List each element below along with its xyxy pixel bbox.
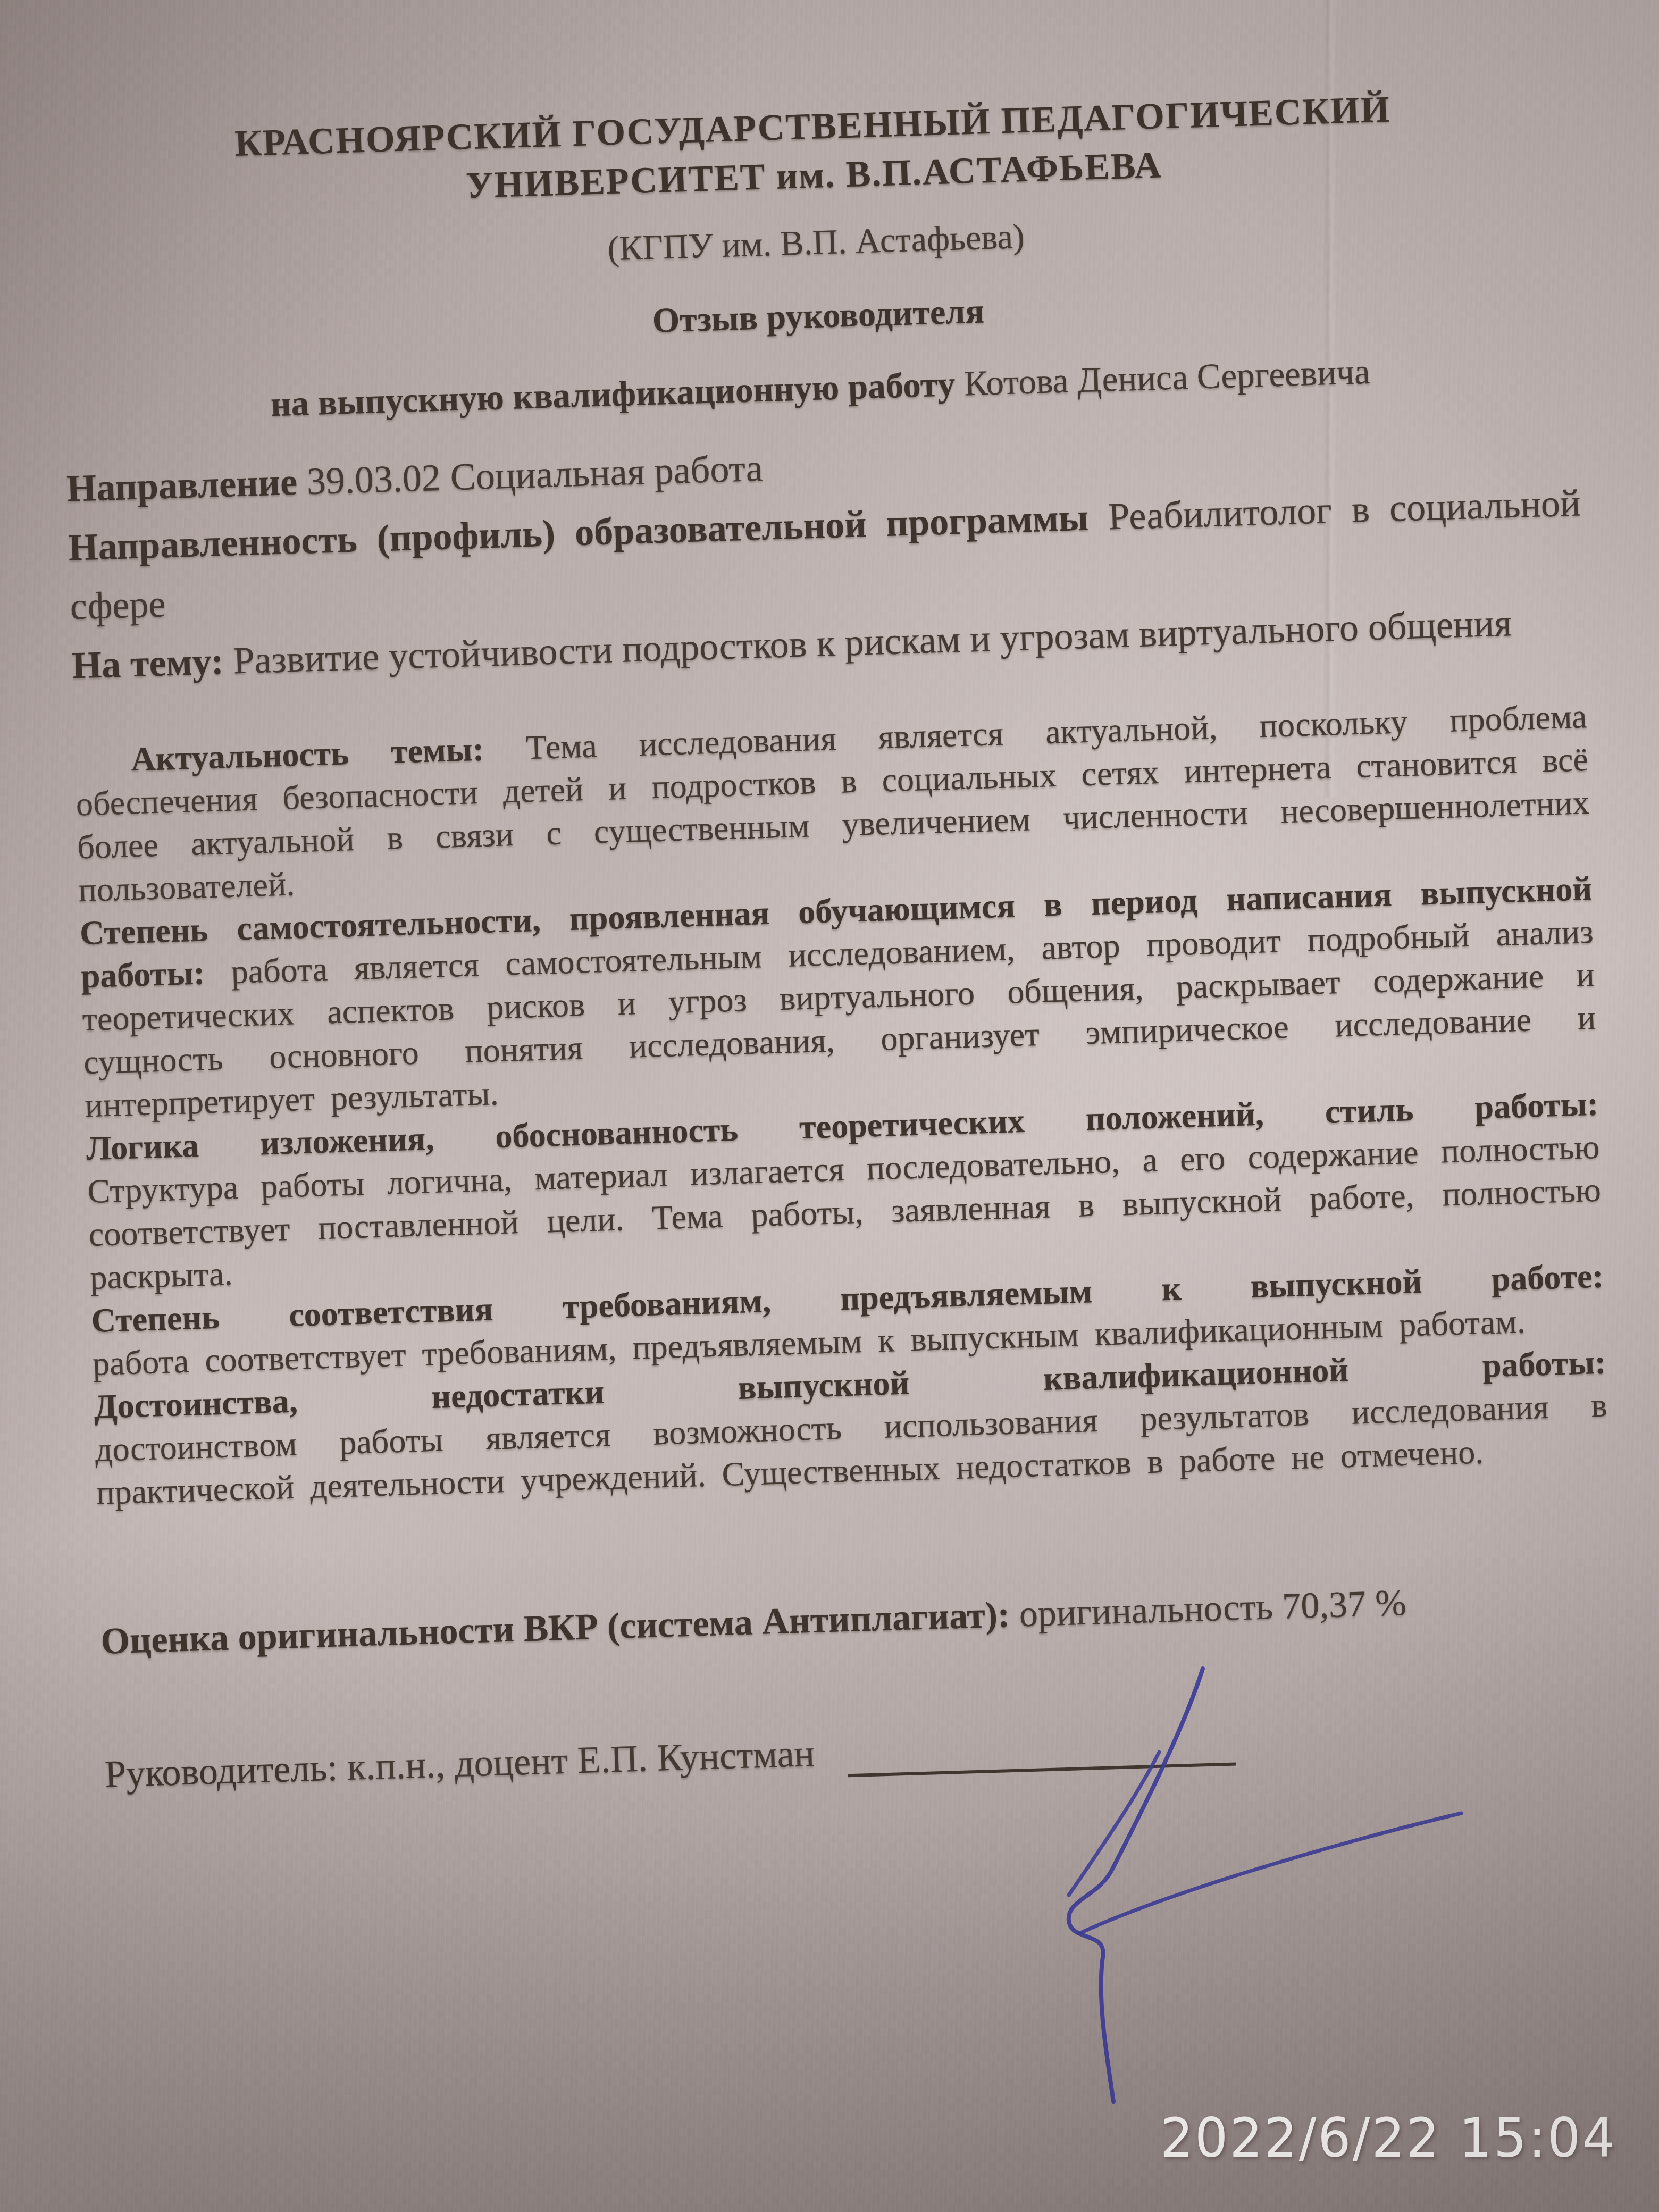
- student-name: Котова Дениса Сергеевича: [954, 352, 1370, 404]
- originality-value: оригинальность 70,37 %: [1009, 1582, 1407, 1635]
- meta-label: Направление: [66, 460, 298, 510]
- supervisor-name: к.п.н., доцент Е.П. Кунстман: [337, 1732, 815, 1789]
- signature-ink: [973, 1659, 1494, 2127]
- subject-label: на выпускную квалификационную работу: [270, 364, 956, 424]
- document-page: КРАСНОЯРСКИЙ ГОСУДАРСТВЕННЫЙ ПЕДАГОГИЧЕС…: [56, 80, 1618, 1799]
- paragraph-independence: Степень самостоятельности, проявленная о…: [79, 867, 1598, 1127]
- meta-value: 39.03.02 Социальная работа: [297, 447, 764, 503]
- camera-timestamp: 2022/6/22 15:04: [1160, 2107, 1616, 2170]
- meta-section: Направление 39.03.02 Социальная работа Н…: [66, 414, 1585, 695]
- supervisor-label: Руководитель:: [104, 1746, 338, 1796]
- paragraph-label: Актуальность темы:: [130, 730, 484, 778]
- meta-label: На тему:: [71, 640, 224, 686]
- review-body: Актуальность темы: Тема исследования явл…: [74, 694, 1609, 1514]
- originality-label: Оценка оригинальности ВКР (система Антип…: [100, 1594, 1011, 1662]
- originality-line: Оценка оригинальности ВКР (система Антип…: [100, 1572, 1613, 1666]
